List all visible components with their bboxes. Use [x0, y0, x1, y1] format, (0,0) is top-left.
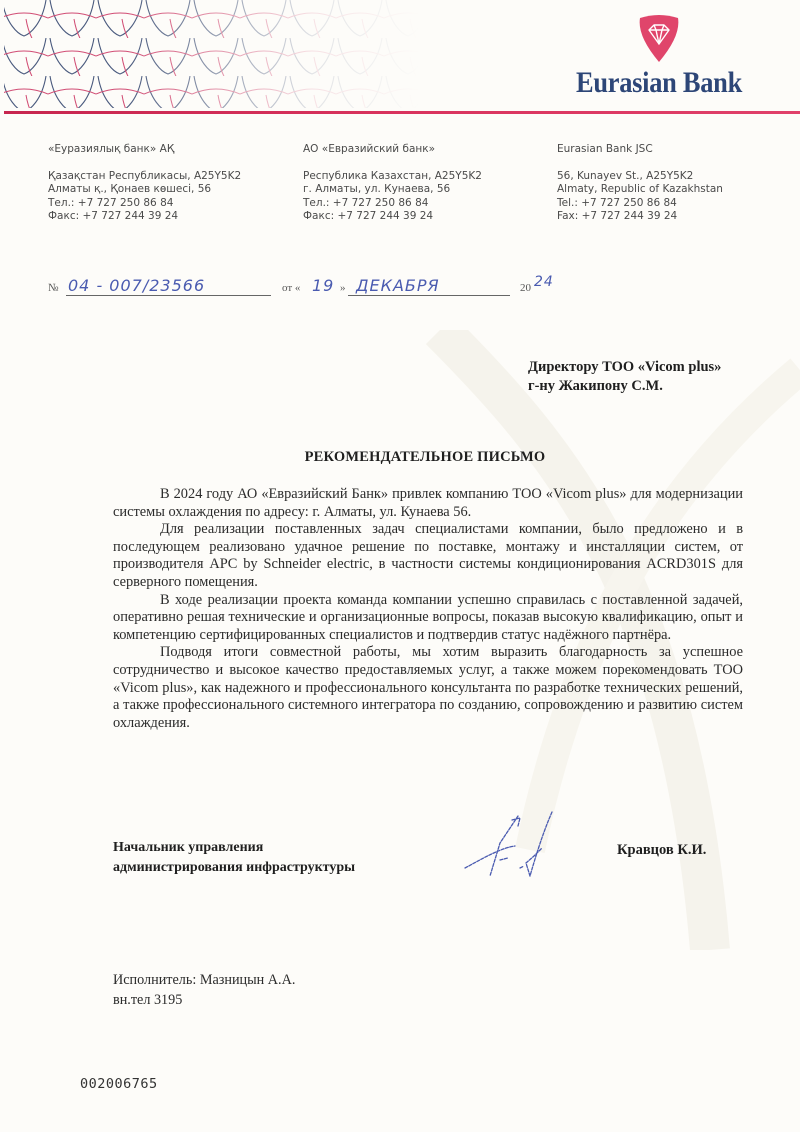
phone-line: Тел.: +7 727 250 86 84	[48, 197, 288, 211]
address-line: 56, Kunayev St., A25Y5K2	[557, 170, 797, 184]
body-paragraph: Для реализации поставленных задач специа…	[113, 521, 743, 591]
date-day: 19	[312, 276, 334, 295]
body-paragraph: В ходе реализации проекта команда компан…	[113, 592, 743, 645]
month-underline	[348, 295, 510, 296]
signatory-name: Кравцов К.И.	[617, 842, 706, 859]
date-day-close: »	[340, 282, 346, 294]
address-russian: АО «Евразийский банк» Республика Казахст…	[303, 143, 543, 224]
phone-line: Tel.: +7 727 250 86 84	[557, 197, 797, 211]
letter-title: РЕКОМЕНДАТЕЛЬНОЕ ПИСЬМО	[0, 449, 800, 466]
bank-logo: Eurasian Bank	[554, 14, 764, 100]
fax-line: Fax: +7 727 244 39 24	[557, 210, 797, 224]
number-label: №	[48, 282, 59, 294]
address-line: Республика Казахстан, A25Y5K2	[303, 170, 543, 184]
address-line: Almaty, Republic of Kazakhstan	[557, 183, 797, 197]
executor-name: Исполнитель: Мазницын А.А.	[113, 970, 295, 990]
fax-line: Факс: +7 727 244 39 24	[303, 210, 543, 224]
executor-block: Исполнитель: Мазницын А.А. вн.тел 3195	[113, 970, 295, 1010]
fax-line: Факс: +7 727 244 39 24	[48, 210, 288, 224]
address-english: Eurasian Bank JSC 56, Kunayev St., A25Y5…	[557, 143, 797, 224]
executor-phone: вн.тел 3195	[113, 990, 295, 1010]
company-name-english: Eurasian Bank JSC	[557, 143, 797, 157]
phone-line: Тел.: +7 727 250 86 84	[303, 197, 543, 211]
company-name-kazakh: «Еуразиялық банк» АҚ	[48, 143, 288, 157]
letterhead-pattern	[0, 0, 420, 112]
date-from-label: от «	[282, 282, 300, 294]
address-line: г. Алматы, ул. Кунаева, 56	[303, 183, 543, 197]
addressee-position: Директору ТОО «Vicom plus»	[528, 358, 758, 377]
diamond-shield-icon	[637, 14, 681, 64]
address-line: Алматы қ., Қонаев көшесі, 56	[48, 183, 288, 197]
serial-number: 002006765	[80, 1076, 158, 1092]
document-number: 04 - 007/23566	[68, 276, 205, 295]
address-kazakh: «Еуразиялық банк» АҚ Қазақстан Республик…	[48, 143, 288, 224]
company-name-russian: АО «Евразийский банк»	[303, 143, 543, 157]
handwritten-signature-icon	[460, 808, 570, 883]
number-underline	[66, 295, 271, 296]
signatory-position: Начальник управления администрирования и…	[113, 838, 433, 878]
logo-text: Eurasian Bank	[567, 66, 752, 100]
position-line: Начальник управления	[113, 838, 433, 858]
body-paragraph: Подводя итоги совместной работы, мы хоти…	[113, 644, 743, 732]
date-month: ДЕКАБРЯ	[356, 276, 440, 295]
body-paragraph: В 2024 году АО «Евразийский Банк» привле…	[113, 486, 743, 521]
addressee-name: г-ну Жакипону С.М.	[528, 377, 758, 396]
address-line: Қазақстан Республикасы, A25Y5K2	[48, 170, 288, 184]
year-prefix: 20	[520, 282, 531, 294]
addressee-block: Директору ТОО «Vicom plus» г-ну Жакипону…	[528, 358, 758, 396]
header-rule	[4, 111, 800, 114]
reference-line: № 04 - 007/23566 от « 19 » ДЕКАБРЯ 20 24	[48, 276, 568, 298]
letter-body: В 2024 году АО «Евразийский Банк» привле…	[113, 486, 743, 732]
year-suffix: 24	[534, 274, 554, 290]
position-line: администрирования инфраструктуры	[113, 858, 433, 878]
